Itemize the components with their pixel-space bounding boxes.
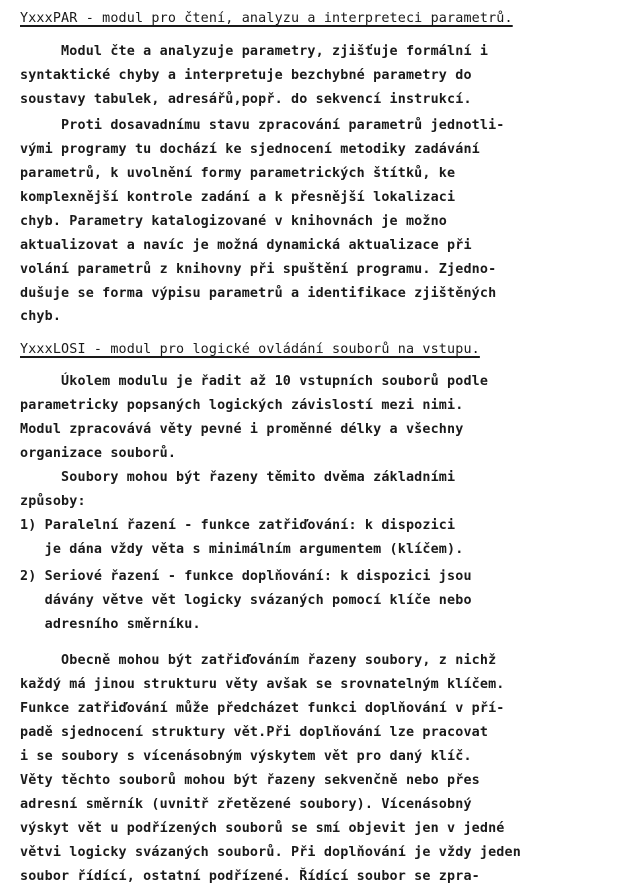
paragraph-line: komplexnější kontrole zadání a k přesněj… (20, 189, 455, 207)
list-item-1: 1) Paralelní řazení - funkce zatřiďování… (20, 517, 455, 535)
paragraph-line: soustavy tabulek, adresářů,popř. do sekv… (20, 91, 472, 109)
paragraph-line: dušuje se forma výpisu parametrů a ident… (20, 285, 496, 303)
paragraph-line: Funkce zatřiďování může předcházet funkc… (20, 700, 505, 718)
paragraph-line: volání parametrů z knihovny při spuštění… (20, 261, 496, 279)
list-item-2-cont: adresního směrníku. (20, 616, 201, 634)
paragraph-line: chyb. Parametry katalogizované v knihovn… (20, 213, 447, 231)
paragraph-line: Obecně mohou být zatřiďováním řazeny sou… (20, 652, 496, 670)
paragraph-line: parametrů, k uvolnění formy parametrický… (20, 165, 455, 183)
paragraph-line: způsoby: (20, 493, 86, 511)
paragraph-line: Modul čte a analyzuje parametry, zjišťuj… (20, 43, 488, 61)
list-item-1-cont: je dána vždy věta s minimálním argumente… (20, 541, 463, 559)
section-heading-yxxxlosi: YxxxLOSI - modul pro logické ovládání so… (20, 341, 480, 359)
paragraph-line: Soubory mohou být řazeny těmito dvěma zá… (20, 469, 455, 487)
list-item-2-cont: dávány větve vět logicky svázaných pomoc… (20, 592, 472, 610)
list-item-2: 2) Seriové řazení - funkce doplňování: k… (20, 568, 472, 586)
paragraph-line: vými programy tu dochází ke sjednocení m… (20, 141, 480, 159)
paragraph-line: Úkolem modulu je řadit až 10 vstupních s… (20, 373, 488, 391)
paragraph-line: organizace souborů. (20, 445, 176, 463)
paragraph-line: Modul zpracovává věty pevné i proměnné d… (20, 421, 463, 439)
paragraph-line: každý má jinou strukturu věty avšak se s… (20, 676, 505, 694)
paragraph-line: Proti dosavadnímu stavu zpracování param… (20, 117, 505, 135)
paragraph-line: i se soubory s vícenásobným výskytem vět… (20, 748, 472, 766)
paragraph-line: syntaktické chyby a interpretuje bezchyb… (20, 67, 472, 85)
paragraph-line: výskyt vět u podřízených souborů se smí … (20, 820, 505, 838)
section-heading-yxxxpar: YxxxPAR - modul pro čtení, analyzu a int… (20, 10, 513, 28)
paragraph-line: aktualizovat a navíc je možná dynamická … (20, 237, 472, 255)
paragraph-line: větvi logicky svázaných souborů. Při dop… (20, 844, 521, 862)
paragraph-line: chyb. (20, 308, 61, 326)
typewritten-page: YxxxPAR - modul pro čtení, analyzu a int… (0, 0, 635, 891)
paragraph-line: parametricky popsaných logických závislo… (20, 397, 463, 415)
paragraph-line: soubor řídící, ostatní podřízené. Řídící… (20, 868, 480, 886)
paragraph-line: Věty těchto souborů mohou být řazeny sek… (20, 772, 480, 790)
paragraph-line: padě sjednocení struktury vět.Při doplňo… (20, 724, 488, 742)
paragraph-line: adresní směrník (uvnitř zřetězené soubor… (20, 796, 472, 814)
